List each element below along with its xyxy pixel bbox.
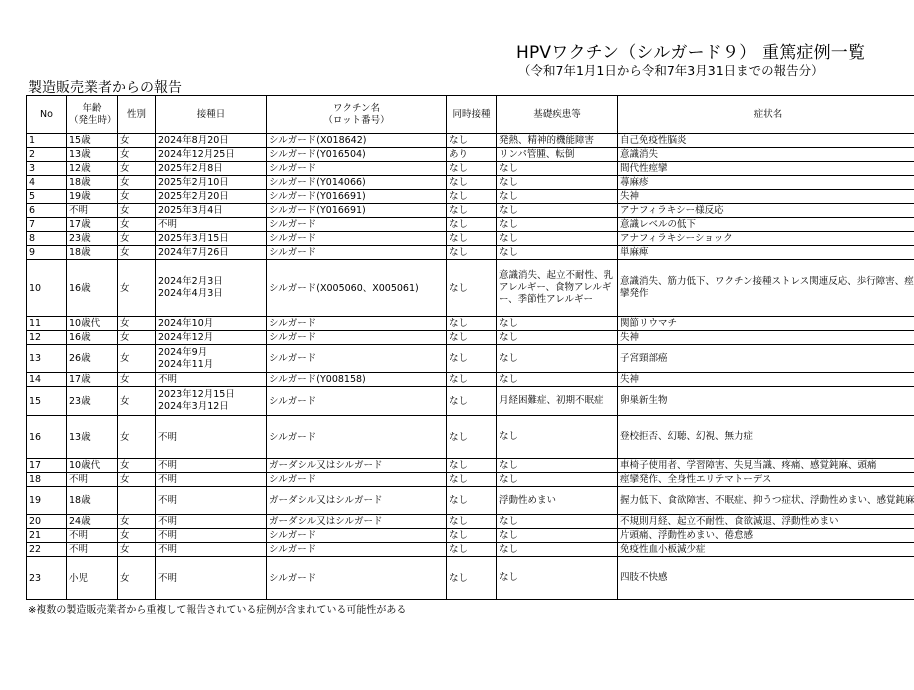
- cell-symptoms: 意識消失、筋力低下、ワクチン接種ストレス関連反応、歩行障害、痙攣発作: [618, 260, 914, 317]
- cell-age: 17歳: [67, 373, 118, 387]
- cell-underlying: なし: [497, 190, 618, 204]
- cell-date: 不明: [156, 557, 267, 600]
- cell-age: 23歳: [67, 232, 118, 246]
- cell-no: 18: [27, 473, 67, 487]
- cell-vaccine: シルガード: [267, 543, 447, 557]
- cell-underlying: なし: [497, 473, 618, 487]
- cell-no: 9: [27, 246, 67, 260]
- vaccination-date: 2024年8月20日: [158, 134, 264, 147]
- table-row: 1326歳女2024年9月2024年11月シルガードなしなし子宮頸部癌: [27, 345, 914, 373]
- cell-no: 12: [27, 331, 67, 345]
- cell-sex: 女: [118, 345, 156, 373]
- cell-date: 2025年2月8日: [156, 162, 267, 176]
- cell-symptoms: 登校拒否、幻聴、幻視、無力症: [618, 416, 914, 459]
- cell-date: 2024年7月26日: [156, 246, 267, 260]
- cell-no: 7: [27, 218, 67, 232]
- cell-concurrent: なし: [447, 176, 497, 190]
- cell-concurrent: なし: [447, 529, 497, 543]
- cell-symptoms: 自己免疫性脳炎: [618, 134, 914, 148]
- cell-no: 11: [27, 317, 67, 331]
- vaccination-date: 2025年3月15日: [158, 232, 264, 245]
- cell-concurrent: なし: [447, 317, 497, 331]
- cell-underlying: なし: [497, 176, 618, 190]
- table-row: 1216歳女2024年12月シルガードなしなし失神: [27, 331, 914, 345]
- cell-underlying: なし: [497, 317, 618, 331]
- cell-no: 4: [27, 176, 67, 190]
- cell-date: 2025年2月10日: [156, 176, 267, 190]
- cell-concurrent: なし: [447, 515, 497, 529]
- cell-age: 不明: [67, 204, 118, 218]
- table-row: 418歳女2025年2月10日シルガード(Y014066)なしなし蕁麻疹: [27, 176, 914, 190]
- cell-underlying: なし: [497, 331, 618, 345]
- cell-vaccine: シルガード(X005060、X005061): [267, 260, 447, 317]
- cell-concurrent: なし: [447, 387, 497, 416]
- column-header-vaccine: ワクチン名（ロット番号）: [267, 96, 447, 134]
- column-header-label: 基礎疾患等: [499, 109, 615, 121]
- cell-no: 17: [27, 459, 67, 473]
- cell-symptoms: 失神: [618, 190, 914, 204]
- cell-age: 18歳: [67, 176, 118, 190]
- cell-symptoms: 子宮頸部癌: [618, 345, 914, 373]
- cell-concurrent: なし: [447, 134, 497, 148]
- vaccination-date: 2024年7月26日: [158, 246, 264, 259]
- cell-underlying: なし: [497, 232, 618, 246]
- column-header-label: No: [29, 109, 64, 121]
- cell-vaccine: シルガード: [267, 331, 447, 345]
- cell-age: 18歳: [67, 246, 118, 260]
- cell-age: 26歳: [67, 345, 118, 373]
- table-row: 18不明女不明シルガードなしなし痙攣発作、全身性エリテマトーデス: [27, 473, 914, 487]
- cell-age: 16歳: [67, 260, 118, 317]
- table-row: 2024歳女不明ガーダシル又はシルガードなしなし不規則月経、起立不耐性、食欲減退…: [27, 515, 914, 529]
- cell-underlying: なし: [497, 373, 618, 387]
- cell-vaccine: シルガード: [267, 473, 447, 487]
- column-header-label: 性別: [120, 109, 153, 121]
- cell-underlying: リンパ管腫、転倒: [497, 148, 618, 162]
- cell-symptoms: 蕁麻疹: [618, 176, 914, 190]
- table-row: 918歳女2024年7月26日シルガードなしなし単麻痺: [27, 246, 914, 260]
- cell-underlying: なし: [497, 204, 618, 218]
- cell-concurrent: なし: [447, 218, 497, 232]
- cell-vaccine: シルガード: [267, 529, 447, 543]
- column-header-concurrent: 同時接種: [447, 96, 497, 134]
- cell-underlying: 月経困難症、初期不眠症: [497, 387, 618, 416]
- table-row: 1016歳女2024年2月3日2024年4月3日シルガード(X005060、X0…: [27, 260, 914, 317]
- vaccination-date: 2024年2月3日: [158, 276, 264, 288]
- cell-vaccine: シルガード(Y016504): [267, 148, 447, 162]
- column-header-date: 接種日: [156, 96, 267, 134]
- cell-age: 10歳代: [67, 459, 118, 473]
- cell-symptoms: 意識レベルの低下: [618, 218, 914, 232]
- column-header-underlying: 基礎疾患等: [497, 96, 618, 134]
- cell-concurrent: なし: [447, 416, 497, 459]
- cell-no: 13: [27, 345, 67, 373]
- cell-no: 21: [27, 529, 67, 543]
- table-row: 23小児女不明シルガードなしなし四肢不快感: [27, 557, 914, 600]
- vaccination-date: 2024年4月3日: [158, 288, 264, 300]
- cell-date: 2023年12月15日2024年3月12日: [156, 387, 267, 416]
- cell-no: 19: [27, 487, 67, 515]
- cell-symptoms: 卵巣新生物: [618, 387, 914, 416]
- column-header-age: 年齢（発生時）: [67, 96, 118, 134]
- cell-date: 2024年8月20日: [156, 134, 267, 148]
- cell-sex: 女: [118, 557, 156, 600]
- cell-symptoms: 車椅子使用者、学習障害、失見当識、疼痛、感覚鈍麻、頭痛: [618, 459, 914, 473]
- column-header-label: 接種日: [158, 109, 264, 121]
- cell-no: 15: [27, 387, 67, 416]
- cell-symptoms: 片頭痛、浮動性めまい、倦怠感: [618, 529, 914, 543]
- cell-sex: 女: [118, 416, 156, 459]
- cell-symptoms: 握力低下、食欲障害、不眠症、抑うつ症状、浮動性めまい、感覚鈍麻: [618, 487, 914, 515]
- vaccination-date: 不明: [158, 218, 264, 231]
- vaccination-date: 2024年12月25日: [158, 148, 264, 161]
- cell-age: 19歳: [67, 190, 118, 204]
- column-header-label: 症状名: [620, 109, 914, 121]
- cell-vaccine: シルガード: [267, 416, 447, 459]
- cell-underlying: なし: [497, 246, 618, 260]
- cell-date: 不明: [156, 543, 267, 557]
- cell-sex: 女: [118, 218, 156, 232]
- cell-sex: 女: [118, 317, 156, 331]
- cell-symptoms: 単麻痺: [618, 246, 914, 260]
- table-row: 717歳女不明シルガードなしなし意識レベルの低下: [27, 218, 914, 232]
- column-header-no: No: [27, 96, 67, 134]
- table-row: 213歳女2024年12月25日シルガード(Y016504)ありリンパ管腫、転倒…: [27, 148, 914, 162]
- table-row: 312歳女2025年2月8日シルガードなしなし間代性痙攣: [27, 162, 914, 176]
- cell-date: 不明: [156, 459, 267, 473]
- cell-concurrent: なし: [447, 473, 497, 487]
- cell-vaccine: シルガード(Y008158): [267, 373, 447, 387]
- cell-date: 2024年12月: [156, 331, 267, 345]
- cell-concurrent: なし: [447, 162, 497, 176]
- section-heading: 製造販売業者からの報告: [28, 77, 182, 97]
- cell-vaccine: ガーダシル又はシルガード: [267, 459, 447, 473]
- cell-vaccine: シルガード: [267, 218, 447, 232]
- cell-no: 22: [27, 543, 67, 557]
- cell-sex: 女: [118, 176, 156, 190]
- cell-symptoms: 意識消失: [618, 148, 914, 162]
- column-header-sublabel: （発生時）: [69, 115, 115, 127]
- column-header-symptoms: 症状名: [618, 96, 914, 134]
- case-table: No年齢（発生時）性別接種日ワクチン名（ロット番号）同時接種基礎疾患等症状名 1…: [26, 95, 914, 600]
- cell-sex: 女: [118, 373, 156, 387]
- cell-vaccine: シルガード: [267, 317, 447, 331]
- cell-symptoms: 間代性痙攣: [618, 162, 914, 176]
- cell-sex: 女: [118, 190, 156, 204]
- column-header-sublabel: （ロット番号）: [269, 115, 444, 127]
- cell-no: 1: [27, 134, 67, 148]
- cell-date: 2024年9月2024年11月: [156, 345, 267, 373]
- table-row: 115歳女2024年8月20日シルガード(X018642)なし発熱、精神的機能障…: [27, 134, 914, 148]
- cell-date: 不明: [156, 487, 267, 515]
- vaccination-date: 2024年11月: [158, 359, 264, 371]
- cell-sex: 女: [118, 529, 156, 543]
- vaccination-date: 2025年3月4日: [158, 204, 264, 217]
- cell-age: 16歳: [67, 331, 118, 345]
- cell-no: 23: [27, 557, 67, 600]
- cell-sex: 女: [118, 331, 156, 345]
- cell-underlying: 意識消失、起立不耐性、乳アレルギー、食物アレルギー、季節性アレルギー: [497, 260, 618, 317]
- cell-vaccine: シルガード: [267, 345, 447, 373]
- cell-date: 2025年3月15日: [156, 232, 267, 246]
- cell-concurrent: なし: [447, 459, 497, 473]
- report-period: （令和7年1月1日から令和7年3月31日までの報告分）: [518, 61, 824, 79]
- cell-age: 13歳: [67, 416, 118, 459]
- vaccination-date: 2024年3月12日: [158, 401, 264, 413]
- cell-underlying: なし: [497, 557, 618, 600]
- cell-vaccine: シルガード: [267, 162, 447, 176]
- cell-age: 15歳: [67, 134, 118, 148]
- cell-no: 16: [27, 416, 67, 459]
- cell-no: 2: [27, 148, 67, 162]
- table-row: 823歳女2025年3月15日シルガードなしなしアナフィラキシーショック: [27, 232, 914, 246]
- cell-concurrent: あり: [447, 148, 497, 162]
- cell-date: 不明: [156, 416, 267, 459]
- cell-sex: [118, 487, 156, 515]
- cell-age: 不明: [67, 473, 118, 487]
- cell-age: 18歳: [67, 487, 118, 515]
- cell-symptoms: 失神: [618, 373, 914, 387]
- cell-sex: 女: [118, 387, 156, 416]
- vaccination-date: 2024年9月: [158, 347, 264, 359]
- vaccination-date: 不明: [158, 459, 264, 472]
- cell-underlying: なし: [497, 529, 618, 543]
- column-header-label: 同時接種: [449, 109, 494, 121]
- cell-date: 不明: [156, 218, 267, 232]
- cell-concurrent: なし: [447, 487, 497, 515]
- vaccination-date: 不明: [158, 431, 264, 444]
- cell-concurrent: なし: [447, 232, 497, 246]
- cell-sex: 女: [118, 232, 156, 246]
- column-header-label: 年齢: [69, 103, 115, 115]
- cell-no: 10: [27, 260, 67, 317]
- table-row: 6不明女2025年3月4日シルガード(Y016691)なしなしアナフィラキシー様…: [27, 204, 914, 218]
- cell-symptoms: 免疫性血小板減少症: [618, 543, 914, 557]
- table-body: 115歳女2024年8月20日シルガード(X018642)なし発熱、精神的機能障…: [27, 134, 914, 600]
- vaccination-date: 2025年2月20日: [158, 190, 264, 203]
- cell-concurrent: なし: [447, 345, 497, 373]
- vaccination-date: 不明: [158, 572, 264, 585]
- cell-concurrent: なし: [447, 543, 497, 557]
- vaccination-date: 2024年10月: [158, 317, 264, 330]
- cell-underlying: なし: [497, 416, 618, 459]
- vaccination-date: 不明: [158, 373, 264, 386]
- vaccination-date: 不明: [158, 494, 264, 507]
- cell-no: 6: [27, 204, 67, 218]
- cell-age: 不明: [67, 543, 118, 557]
- table-row: 1110歳代女2024年10月シルガードなしなし関節リウマチ: [27, 317, 914, 331]
- cell-age: 10歳代: [67, 317, 118, 331]
- page-title: HPVワクチン（シルガード９） 重篤症例一覧: [516, 38, 865, 63]
- cell-sex: 女: [118, 473, 156, 487]
- cell-underlying: 発熱、精神的機能障害: [497, 134, 618, 148]
- vaccination-date: 不明: [158, 473, 264, 486]
- cell-vaccine: シルガード: [267, 232, 447, 246]
- table-row: 519歳女2025年2月20日シルガード(Y016691)なしなし失神: [27, 190, 914, 204]
- cell-age: 不明: [67, 529, 118, 543]
- cell-underlying: なし: [497, 543, 618, 557]
- cell-age: 12歳: [67, 162, 118, 176]
- cell-symptoms: アナフィラキシー様反応: [618, 204, 914, 218]
- cell-sex: 女: [118, 162, 156, 176]
- cell-concurrent: なし: [447, 204, 497, 218]
- cell-concurrent: なし: [447, 373, 497, 387]
- cell-date: 不明: [156, 473, 267, 487]
- cell-concurrent: なし: [447, 331, 497, 345]
- cell-date: 不明: [156, 373, 267, 387]
- cell-date: 2025年3月4日: [156, 204, 267, 218]
- cell-age: 13歳: [67, 148, 118, 162]
- cell-date: 不明: [156, 515, 267, 529]
- vaccination-date: 2025年2月10日: [158, 176, 264, 189]
- cell-vaccine: シルガード(Y016691): [267, 190, 447, 204]
- cell-age: 小児: [67, 557, 118, 600]
- cell-underlying: なし: [497, 459, 618, 473]
- cell-age: 23歳: [67, 387, 118, 416]
- column-header-label: ワクチン名: [269, 103, 444, 115]
- cell-vaccine: シルガード: [267, 557, 447, 600]
- cell-sex: 女: [118, 134, 156, 148]
- cell-vaccine: ガーダシル又はシルガード: [267, 487, 447, 515]
- table-row: 1918歳不明ガーダシル又はシルガードなし浮動性めまい握力低下、食欲障害、不眠症…: [27, 487, 914, 515]
- cell-age: 24歳: [67, 515, 118, 529]
- vaccination-date: 2025年2月8日: [158, 162, 264, 175]
- cell-date: 不明: [156, 529, 267, 543]
- cell-vaccine: シルガード: [267, 246, 447, 260]
- vaccination-date: 不明: [158, 529, 264, 542]
- vaccination-date: 2024年12月: [158, 331, 264, 344]
- cell-date: 2025年2月20日: [156, 190, 267, 204]
- table-row: 21不明女不明シルガードなしなし片頭痛、浮動性めまい、倦怠感: [27, 529, 914, 543]
- cell-sex: 女: [118, 260, 156, 317]
- table-row: 22不明女不明シルガードなしなし免疫性血小板減少症: [27, 543, 914, 557]
- cell-sex: 女: [118, 543, 156, 557]
- cell-symptoms: 関節リウマチ: [618, 317, 914, 331]
- column-header-sex: 性別: [118, 96, 156, 134]
- table-header-row: No年齢（発生時）性別接種日ワクチン名（ロット番号）同時接種基礎疾患等症状名: [27, 96, 914, 134]
- cell-vaccine: シルガード(Y014066): [267, 176, 447, 190]
- cell-sex: 女: [118, 204, 156, 218]
- vaccination-date: 不明: [158, 543, 264, 556]
- cell-symptoms: 四肢不快感: [618, 557, 914, 600]
- table-row: 1613歳女不明シルガードなしなし登校拒否、幻聴、幻視、無力症: [27, 416, 914, 459]
- cell-underlying: なし: [497, 162, 618, 176]
- cell-concurrent: なし: [447, 246, 497, 260]
- cell-underlying: なし: [497, 345, 618, 373]
- cell-sex: 女: [118, 459, 156, 473]
- table-row: 1710歳代女不明ガーダシル又はシルガードなしなし車椅子使用者、学習障害、失見当…: [27, 459, 914, 473]
- cell-age: 17歳: [67, 218, 118, 232]
- cell-no: 20: [27, 515, 67, 529]
- vaccination-date: 不明: [158, 515, 264, 528]
- cell-vaccine: シルガード: [267, 387, 447, 416]
- cell-underlying: 浮動性めまい: [497, 487, 618, 515]
- cell-underlying: なし: [497, 515, 618, 529]
- cell-date: 2024年10月: [156, 317, 267, 331]
- cell-sex: 女: [118, 515, 156, 529]
- cell-no: 5: [27, 190, 67, 204]
- cell-symptoms: アナフィラキシーショック: [618, 232, 914, 246]
- cell-vaccine: シルガード(X018642): [267, 134, 447, 148]
- cell-sex: 女: [118, 148, 156, 162]
- cell-symptoms: 不規則月経、起立不耐性、食欲減退、浮動性めまい: [618, 515, 914, 529]
- cell-vaccine: シルガード(Y016691): [267, 204, 447, 218]
- cell-date: 2024年2月3日2024年4月3日: [156, 260, 267, 317]
- cell-sex: 女: [118, 246, 156, 260]
- cell-no: 8: [27, 232, 67, 246]
- vaccination-date: 2023年12月15日: [158, 389, 264, 401]
- cell-date: 2024年12月25日: [156, 148, 267, 162]
- table-row: 1417歳女不明シルガード(Y008158)なしなし失神: [27, 373, 914, 387]
- cell-concurrent: なし: [447, 557, 497, 600]
- cell-symptoms: 失神: [618, 331, 914, 345]
- cell-no: 14: [27, 373, 67, 387]
- cell-concurrent: なし: [447, 260, 497, 317]
- footnote: ※複数の製造販売業者から重複して報告されている症例が含まれている可能性がある: [28, 601, 406, 616]
- cell-vaccine: ガーダシル又はシルガード: [267, 515, 447, 529]
- cell-symptoms: 痙攣発作、全身性エリテマトーデス: [618, 473, 914, 487]
- cell-concurrent: なし: [447, 190, 497, 204]
- cell-underlying: なし: [497, 218, 618, 232]
- cell-no: 3: [27, 162, 67, 176]
- table-row: 1523歳女2023年12月15日2024年3月12日シルガードなし月経困難症、…: [27, 387, 914, 416]
